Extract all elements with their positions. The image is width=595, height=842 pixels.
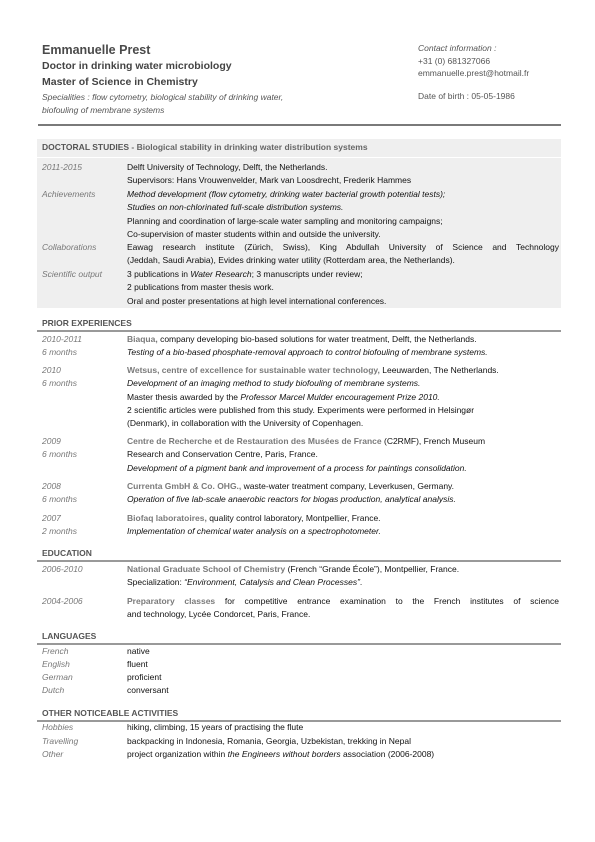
experience-title: Centre de Recherche et de Restauration d… xyxy=(127,435,559,448)
languages-heading: LANGUAGES xyxy=(42,631,96,641)
language-name: English xyxy=(42,658,126,671)
collaborations-label: Collaborations xyxy=(42,241,126,254)
experience-title: Currenta GmbH & Co. OHG., waste-water tr… xyxy=(127,480,559,493)
education-title: National Graduate School of Chemistry (F… xyxy=(127,563,559,576)
email-address[interactable]: emmanuelle.prest@hotmail.fr xyxy=(418,67,578,80)
prior-experiences-heading: PRIOR EXPERIENCES xyxy=(42,318,132,328)
experience-description: Development of a pigment bank and improv… xyxy=(127,462,559,475)
title-doctor: Doctor in drinking water microbiology xyxy=(42,58,402,74)
education-divider xyxy=(37,560,561,562)
education-item: 2006-2010 National Graduate School of Ch… xyxy=(42,563,562,591)
achievement-item: Method development (flow cytometry, drin… xyxy=(127,188,559,201)
doctoral-period: 2011-2015 xyxy=(42,161,126,174)
travelling-label: Travelling xyxy=(42,735,126,748)
travelling-value: backpacking in Indonesia, Romania, Georg… xyxy=(127,735,559,748)
education-title-cont: and technology, Lycée Condorcet, Paris, … xyxy=(127,608,559,621)
achievements-label: Achievements xyxy=(42,188,126,201)
language-name: German xyxy=(42,671,126,684)
education-item: 2004-2006 Preparatory classes for compet… xyxy=(42,595,562,623)
experience-title: Biaqua, company developing bio-based sol… xyxy=(127,333,559,346)
experience-title: Wetsus, centre of excellence for sustain… xyxy=(127,364,559,377)
experience-duration: 6 months xyxy=(42,448,126,461)
collaboration-line: Eawag research institute (Zürich, Swiss)… xyxy=(127,241,559,254)
doctoral-achievements-row: Achievements Method development (flow cy… xyxy=(42,188,562,242)
experience-period: 2007 xyxy=(42,512,126,525)
cv-page: Emmanuelle Prest Doctor in drinking wate… xyxy=(0,0,595,842)
experience-duration: 6 months xyxy=(42,346,126,359)
activities-heading: OTHER NOTICEABLE ACTIVITIES xyxy=(42,708,178,718)
collaboration-line: (Jeddah, Saudi Arabia), Evides drinking … xyxy=(127,254,559,267)
doctoral-institution-row: 2011-2015 Delft University of Technology… xyxy=(42,161,562,189)
education-period: 2006-2010 xyxy=(42,563,126,576)
achievement-item: Studies on non-chlorinated full-scale di… xyxy=(127,201,559,214)
experience-title-cont: Research and Conservation Centre, Paris,… xyxy=(127,448,559,461)
experience-item: 20086 months Currenta GmbH & Co. OHG., w… xyxy=(42,480,562,508)
experience-duration: 6 months xyxy=(42,377,126,390)
doctoral-heading: DOCTORAL STUDIES - Biological stability … xyxy=(42,142,368,152)
education-specialization: Specialization: “Environment, Catalysis … xyxy=(127,576,559,589)
experience-item: 2010-20116 months Biaqua, company develo… xyxy=(42,333,562,361)
experience-description: Implementation of chemical water analysi… xyxy=(127,525,559,538)
activity-other: Other project organization within the En… xyxy=(42,748,562,762)
education-title: Preparatory classes for competitive entr… xyxy=(127,595,559,608)
education-period: 2004-2006 xyxy=(42,595,126,608)
other-label: Other xyxy=(42,748,126,761)
output-line-1: 3 publications in Water Research; 3 manu… xyxy=(127,268,559,281)
specialities: Specialities : flow cytometry, biologica… xyxy=(42,91,402,117)
person-name: Emmanuelle Prest xyxy=(42,42,402,58)
experience-publications: 2 scientific articles were published fro… xyxy=(127,404,559,417)
experience-item: 20072 months Biofaq laboratoires, qualit… xyxy=(42,512,562,540)
other-value: project organization within the Engineer… xyxy=(127,748,559,761)
scientific-output-label: Scientific output xyxy=(42,268,126,281)
title-master: Master of Science in Chemistry xyxy=(42,74,402,90)
language-level: proficient xyxy=(127,671,559,684)
experience-description: Testing of a bio-based phosphate-removal… xyxy=(127,346,559,359)
phone-number: +31 (0) 681327066 xyxy=(418,55,578,68)
doctoral-output-row: Scientific output 3 publications in Wate… xyxy=(42,268,562,308)
doctoral-heading-title: DOCTORAL STUDIES xyxy=(42,142,129,152)
experience-period: 2008 xyxy=(42,480,126,493)
language-level: conversant xyxy=(127,684,559,697)
contact-label: Contact information : xyxy=(418,42,578,55)
specialities-line-2: biofouling of membrane systems xyxy=(42,104,402,117)
language-item: English fluent xyxy=(42,658,562,672)
output-line-2: 2 publications from master thesis work. xyxy=(127,281,559,294)
header-divider xyxy=(38,124,561,126)
language-level: native xyxy=(127,645,559,658)
doctoral-collaborations-row: Collaborations Eawag research institute … xyxy=(42,241,562,269)
language-item: French native xyxy=(42,645,562,659)
experience-title: Biofaq laboratoires, quality control lab… xyxy=(127,512,559,525)
activity-travelling: Travelling backpacking in Indonesia, Rom… xyxy=(42,735,562,749)
language-name: French xyxy=(42,645,126,658)
experience-collaboration: (Denmark), in collaboration with the Uni… xyxy=(127,417,559,430)
education-heading: EDUCATION xyxy=(42,548,92,558)
doctoral-institution: Delft University of Technology, Delft, t… xyxy=(127,161,559,174)
experience-duration: 2 months xyxy=(42,525,126,538)
language-item: German proficient xyxy=(42,671,562,685)
experience-period: 2009 xyxy=(42,435,126,448)
doctoral-heading-subtitle: - Biological stability in drinking water… xyxy=(129,142,368,152)
experience-duration: 6 months xyxy=(42,493,126,506)
experience-award: Master thesis awarded by the Professor M… xyxy=(127,391,559,404)
doctoral-supervisors: Supervisors: Hans Vrouwenvelder, Mark va… xyxy=(127,174,559,187)
prior-experiences-divider xyxy=(37,330,561,332)
experience-item: 20106 months Wetsus, centre of excellenc… xyxy=(42,364,562,432)
experience-item: 20096 months Centre de Recherche et de R… xyxy=(42,435,562,475)
experience-description: Operation of five lab-scale anaerobic re… xyxy=(127,493,559,506)
activity-hobbies: Hobbies hiking, climbing, 15 years of pr… xyxy=(42,721,562,735)
achievement-item: Co-supervision of master students within… xyxy=(127,228,559,241)
language-item: Dutch conversant xyxy=(42,684,562,698)
language-name: Dutch xyxy=(42,684,126,697)
experience-period: 2010-2011 xyxy=(42,333,126,346)
hobbies-value: hiking, climbing, 15 years of practising… xyxy=(127,721,559,734)
hobbies-label: Hobbies xyxy=(42,721,126,734)
language-level: fluent xyxy=(127,658,559,671)
date-of-birth: Date of birth : 05-05-1986 xyxy=(418,90,578,103)
output-line-3: Oral and poster presentations at high le… xyxy=(127,295,559,308)
doctoral-heading-divider xyxy=(37,157,561,158)
specialities-line-1: Specialities : flow cytometry, biologica… xyxy=(42,91,402,104)
experience-description: Development of an imaging method to stud… xyxy=(127,377,559,390)
header-contact: Contact information : +31 (0) 681327066 … xyxy=(418,42,578,102)
header-identity: Emmanuelle Prest Doctor in drinking wate… xyxy=(42,42,402,117)
achievement-item: Planning and coordination of large-scale… xyxy=(127,215,559,228)
experience-period: 2010 xyxy=(42,364,126,377)
